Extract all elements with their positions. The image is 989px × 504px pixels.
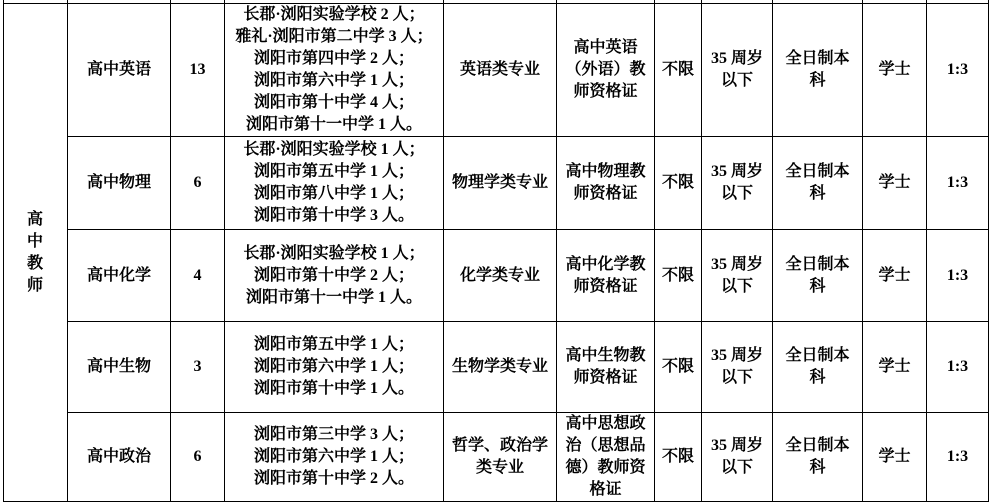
table-row: 高中生物 3 浏阳市第五中学 1 人； 浏阳市第六中学 1 人； 浏阳市第十中学…: [4, 322, 989, 413]
document-page: 高 中 教 师 高中英语 13 长郡·浏阳实验学校 2 人； 雅礼·浏阳市第二中…: [0, 0, 989, 504]
cell-age-limit: 35 周岁 以下: [702, 137, 773, 230]
recruitment-table: 高 中 教 师 高中英语 13 长郡·浏阳实验学校 2 人； 雅礼·浏阳市第二中…: [3, 0, 989, 502]
cell-subject: 高中英语: [68, 4, 171, 137]
cell-ratio: 1:3: [927, 322, 989, 413]
cell-certificate: 高中思想政 治（思想品 德）教师资 格证: [557, 413, 655, 502]
cell-gender-limit: 不限: [655, 230, 702, 322]
cell-gender-limit: 不限: [655, 322, 702, 413]
cell-count: 6: [171, 137, 225, 230]
cell-count: 13: [171, 4, 225, 137]
cell-ratio: 1:3: [927, 4, 989, 137]
cell-education: 全日制本 科: [773, 322, 863, 413]
cell-schools: 长郡·浏阳实验学校 2 人； 雅礼·浏阳市第二中学 3 人； 浏阳市第四中学 2…: [225, 4, 444, 137]
cell-certificate: 高中化学教 师资格证: [557, 230, 655, 322]
table-row: 高 中 教 师 高中英语 13 长郡·浏阳实验学校 2 人； 雅礼·浏阳市第二中…: [4, 4, 989, 137]
cell-subject: 高中物理: [68, 137, 171, 230]
cell-major: 化学类专业: [444, 230, 557, 322]
table-row: 高中政治 6 浏阳市第三中学 3 人； 浏阳市第六中学 1 人； 浏阳市第十中学…: [4, 413, 989, 502]
cell-gender-limit: 不限: [655, 137, 702, 230]
cell-subject: 高中化学: [68, 230, 171, 322]
cell-gender-limit: 不限: [655, 413, 702, 502]
cell-education: 全日制本 科: [773, 230, 863, 322]
cell-ratio: 1:3: [927, 137, 989, 230]
cell-education: 全日制本 科: [773, 137, 863, 230]
cell-count: 3: [171, 322, 225, 413]
cell-major: 物理学类专业: [444, 137, 557, 230]
cell-count: 4: [171, 230, 225, 322]
cell-schools: 浏阳市第三中学 3 人； 浏阳市第六中学 1 人； 浏阳市第十中学 2 人。: [225, 413, 444, 502]
table-row: 高中化学 4 长郡·浏阳实验学校 1 人； 浏阳市第十中学 2 人； 浏阳市第十…: [4, 230, 989, 322]
cell-degree: 学士: [863, 4, 927, 137]
cell-major: 英语类专业: [444, 4, 557, 137]
cell-subject: 高中生物: [68, 322, 171, 413]
cell-age-limit: 35 周岁 以下: [702, 230, 773, 322]
cell-subject: 高中政治: [68, 413, 171, 502]
cell-degree: 学士: [863, 137, 927, 230]
cell-age-limit: 35 周岁 以下: [702, 4, 773, 137]
cell-category: 高 中 教 师: [4, 4, 68, 502]
cell-certificate: 高中物理教 师资格证: [557, 137, 655, 230]
cell-major: 生物学类专业: [444, 322, 557, 413]
cell-degree: 学士: [863, 413, 927, 502]
cell-schools: 长郡·浏阳实验学校 1 人； 浏阳市第五中学 1 人； 浏阳市第八中学 1 人；…: [225, 137, 444, 230]
cell-age-limit: 35 周岁 以下: [702, 322, 773, 413]
cell-education: 全日制本 科: [773, 4, 863, 137]
cell-education: 全日制本 科: [773, 413, 863, 502]
cell-degree: 学士: [863, 322, 927, 413]
table-row: 高中物理 6 长郡·浏阳实验学校 1 人； 浏阳市第五中学 1 人； 浏阳市第八…: [4, 137, 989, 230]
cell-ratio: 1:3: [927, 230, 989, 322]
cell-major: 哲学、政治学 类专业: [444, 413, 557, 502]
cell-certificate: 高中生物教 师资格证: [557, 322, 655, 413]
cell-gender-limit: 不限: [655, 4, 702, 137]
cell-age-limit: 35 周岁 以下: [702, 413, 773, 502]
cell-count: 6: [171, 413, 225, 502]
cell-degree: 学士: [863, 230, 927, 322]
cell-ratio: 1:3: [927, 413, 989, 502]
cell-schools: 浏阳市第五中学 1 人； 浏阳市第六中学 1 人； 浏阳市第十中学 1 人。: [225, 322, 444, 413]
cell-certificate: 高中英语 （外语）教 师资格证: [557, 4, 655, 137]
cell-schools: 长郡·浏阳实验学校 1 人； 浏阳市第十中学 2 人； 浏阳市第十一中学 1 人…: [225, 230, 444, 322]
